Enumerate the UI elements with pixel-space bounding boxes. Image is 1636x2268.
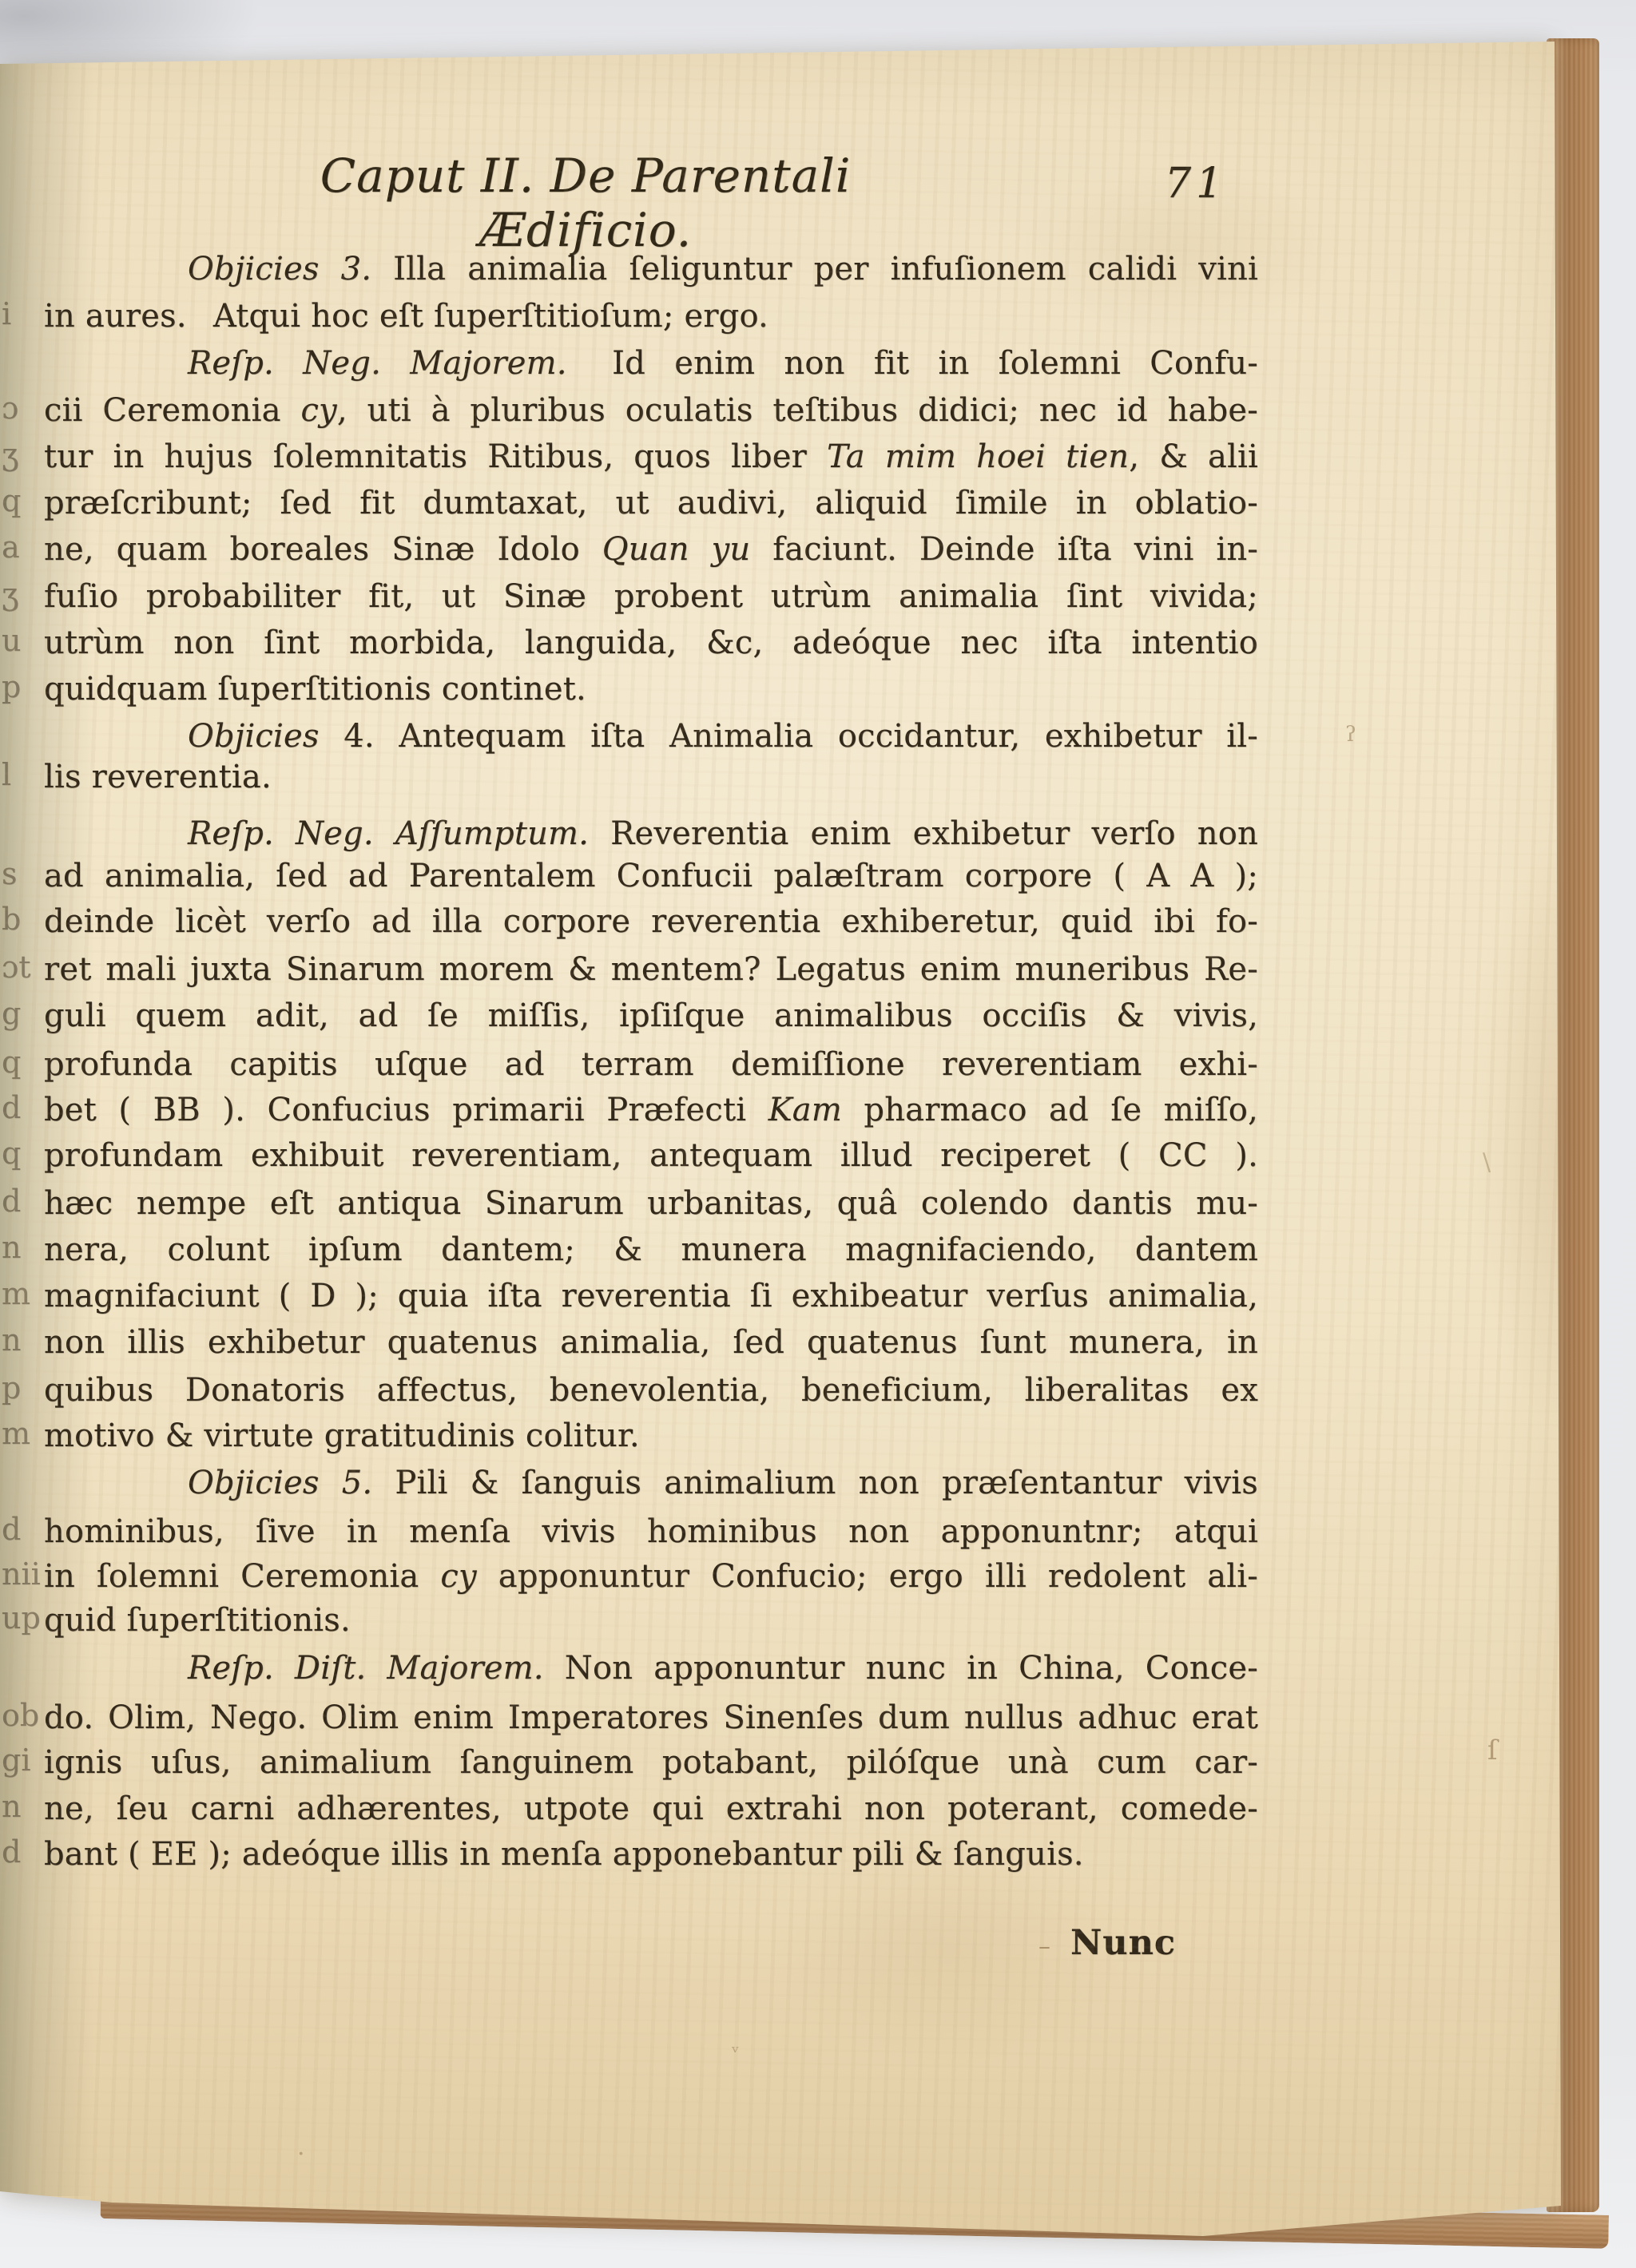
text-line: Objicies 5. Pili & ſanguis animalium non… xyxy=(44,1460,1258,1506)
text-line: magnifaciunt ( D ); quia iſta reverentia… xyxy=(44,1273,1258,1319)
margin-fragment: d xyxy=(2,1834,21,1870)
book-page-wrap: Caput II. De Parentali Ædificio. 71 Obji… xyxy=(0,0,1636,2268)
ink-speck: · xyxy=(297,2140,305,2168)
text-line: ignis uſus, animalium ſanguinem potabant… xyxy=(44,1739,1258,1786)
text-line: lis reverentia. xyxy=(44,754,1258,800)
text-line: do. Olim, Nego. Olim enim Imperatores Si… xyxy=(44,1695,1258,1741)
margin-fragment: d xyxy=(2,1512,21,1547)
text-line: quibus Donatoris affectus, benevolentia,… xyxy=(44,1367,1258,1414)
text-line: quidquam ſuperſtitionis continet. xyxy=(44,666,1258,712)
text-line: utrùm non ſint morbida, languida, &c, ad… xyxy=(44,620,1258,666)
text-line: Objicies 3. Illa animalia ſeliguntur per… xyxy=(44,246,1258,292)
margin-fragment: nii xyxy=(2,1556,41,1592)
text-line: motivo & virtute gratitudinis colitur. xyxy=(44,1413,1258,1459)
text-line: quid ſuperſtitionis. xyxy=(44,1597,1258,1644)
text-line: Reſp. Diſt. Majorem. Non apponuntur nunc… xyxy=(44,1645,1258,1691)
text-line: Reſp. Neg. Aſſumptum. Reverentia enim ex… xyxy=(44,811,1258,857)
ink-speck: ʔ xyxy=(1345,723,1356,747)
margin-fragment: d xyxy=(2,1184,21,1219)
book-page: Caput II. De Parentali Ædificio. 71 Obji… xyxy=(0,0,1636,2268)
margin-fragment: l xyxy=(2,757,11,792)
text-line: hæc nempe eſt antiqua Sinarum urbanitas,… xyxy=(44,1180,1258,1227)
margin-fragment: i xyxy=(2,296,11,331)
text-line: deinde licèt verſo ad illa corpore rever… xyxy=(44,898,1258,945)
margin-fragment: g xyxy=(2,996,21,1031)
margin-fragment: p xyxy=(2,669,21,704)
text-line: præſcribunt; ſed fit dumtaxat, ut audivi… xyxy=(44,480,1258,526)
text-line: guli quem adit, ad ſe miſſis, ipſiſque a… xyxy=(44,993,1258,1039)
margin-fragment: p xyxy=(2,1370,21,1406)
margin-fragment: q xyxy=(2,483,21,518)
margin-fragment: b xyxy=(2,902,21,937)
text-line: bet ( BB ). Confucius primarii Præfecti … xyxy=(44,1087,1258,1133)
text-line: nera, colunt ipſum dantem; & munera magn… xyxy=(44,1227,1258,1273)
margin-fragment: gi xyxy=(2,1743,30,1778)
catchword: Nunc xyxy=(1070,1923,1176,1963)
text-line: profunda capitis uſque ad terram demiſſi… xyxy=(44,1041,1258,1088)
text-line: in aures. Atqui hoc eſt ſuperſtitioſum; … xyxy=(44,293,1258,339)
margin-fragment: s xyxy=(2,856,18,891)
text-line: Objicies 4. Antequam iſta Animalia occid… xyxy=(44,713,1258,759)
text-line: bant ( EE ); adeóque illis in menſa appo… xyxy=(44,1831,1258,1877)
margin-fragment: ʒ xyxy=(2,577,18,612)
margin-fragment: m xyxy=(2,1276,30,1311)
text-line: in ſolemni Ceremonia cy apponuntur Confu… xyxy=(44,1553,1258,1600)
text-line: ad animalia, ſed ad Parentalem Confucii … xyxy=(44,853,1258,899)
ink-speck: \ xyxy=(1483,1148,1491,1176)
text-line: hominibus, ſive in menſa vivis hominibus… xyxy=(44,1509,1258,1555)
text-line: tur in hujus ſolemnitatis Ritibus, quos … xyxy=(44,434,1258,480)
margin-fragment: n xyxy=(2,1322,21,1358)
margin-fragment: m xyxy=(2,1416,30,1451)
margin-fragment: up xyxy=(2,1600,41,1636)
margin-fragment: ɔt xyxy=(2,950,31,985)
margin-fragment: ob xyxy=(2,1698,39,1733)
margin-fragment: u xyxy=(2,623,21,658)
text-line: ne, ſeu carni adhærentes, utpote qui ext… xyxy=(44,1786,1258,1832)
text-line: ret mali juxta Sinarum morem & mentem? L… xyxy=(44,946,1258,993)
margin-fragment: q xyxy=(2,1136,21,1171)
margin-fragment: ɔ xyxy=(2,391,18,426)
text-line: ne, quam boreales Sinæ Idolo Quan yu fac… xyxy=(44,526,1258,573)
text-line: fuſio probabiliter fit, ut Sinæ probent … xyxy=(44,573,1258,620)
margin-fragment: d xyxy=(2,1090,21,1125)
text-line: cii Ceremonia cy, uti à pluribus oculati… xyxy=(44,387,1258,434)
ink-speck: ᵥ xyxy=(732,2035,739,2057)
text-line: non illis exhibetur quatenus animalia, ſ… xyxy=(44,1319,1258,1366)
margin-fragment: n xyxy=(2,1230,21,1265)
text-line: Reſp. Neg. Majorem. Id enim non fit in ſ… xyxy=(44,340,1258,387)
text-line: profundam exhibuit reverentiam, antequam… xyxy=(44,1132,1258,1179)
ink-speck: – xyxy=(1038,1933,1050,1961)
margin-fragment: ʒ xyxy=(2,437,18,472)
margin-fragment: q xyxy=(2,1045,21,1080)
margin-fragment: a xyxy=(2,529,20,565)
margin-fragment: n xyxy=(2,1789,21,1824)
ink-speck: ſ xyxy=(1487,1735,1498,1766)
